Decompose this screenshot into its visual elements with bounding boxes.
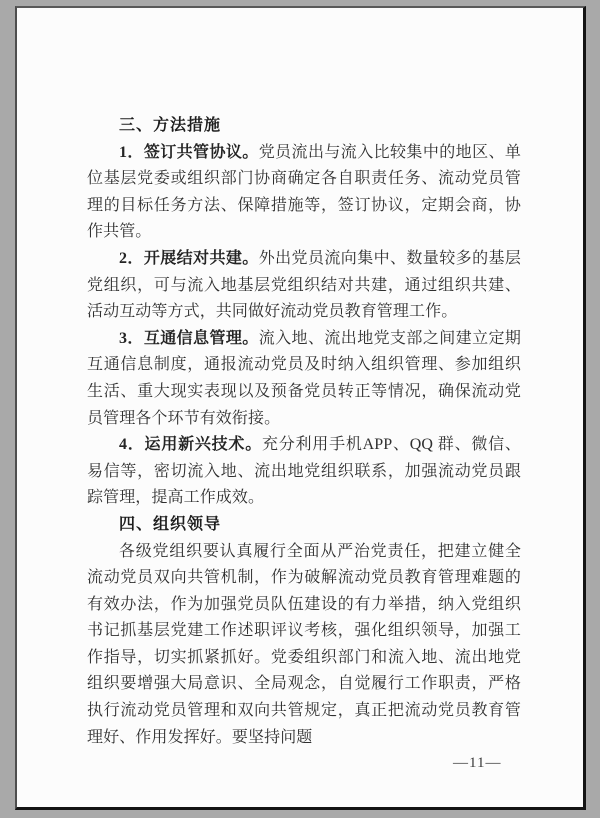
item-3-lead: 3．互通信息管理。 bbox=[119, 330, 259, 347]
section-heading-methods: 三、方法措施 bbox=[87, 113, 521, 140]
item-4-lead: 4．运用新兴技术。 bbox=[119, 436, 262, 453]
item-2-lead: 2．开展结对共建。 bbox=[119, 250, 259, 267]
page-content: 三、方法措施 1．签订共管协议。党员流出与流入比较集中的地区、单位基层党委或组织… bbox=[87, 113, 521, 751]
numbered-item-2: 2．开展结对共建。外出党员流向集中、数量较多的基层党组织，可与流入地基层党组织结… bbox=[87, 246, 521, 326]
document-page: 三、方法措施 1．签订共管协议。党员流出与流入比较集中的地区、单位基层党委或组织… bbox=[15, 6, 586, 810]
page-number: —11— bbox=[453, 755, 501, 772]
numbered-item-4: 4．运用新兴技术。充分利用手机APP、QQ 群、微信、易信等，密切流入地、流出地… bbox=[87, 432, 521, 512]
item-1-lead: 1．签订共管协议。 bbox=[119, 144, 259, 161]
section-heading-leadership: 四、组织领导 bbox=[87, 512, 521, 539]
numbered-item-3: 3．互通信息管理。流入地、流出地党支部之间建立定期互通信息制度，通报流动党员及时… bbox=[87, 326, 521, 432]
numbered-item-1: 1．签订共管协议。党员流出与流入比较集中的地区、单位基层党委或组织部门协商确定各… bbox=[87, 140, 521, 246]
document-viewer-background: 三、方法措施 1．签订共管协议。党员流出与流入比较集中的地区、单位基层党委或组织… bbox=[0, 0, 600, 818]
body-paragraph: 各级党组织要认真履行全面从严治党责任，把建立健全流动党员双向共管机制，作为破解流… bbox=[87, 539, 521, 752]
